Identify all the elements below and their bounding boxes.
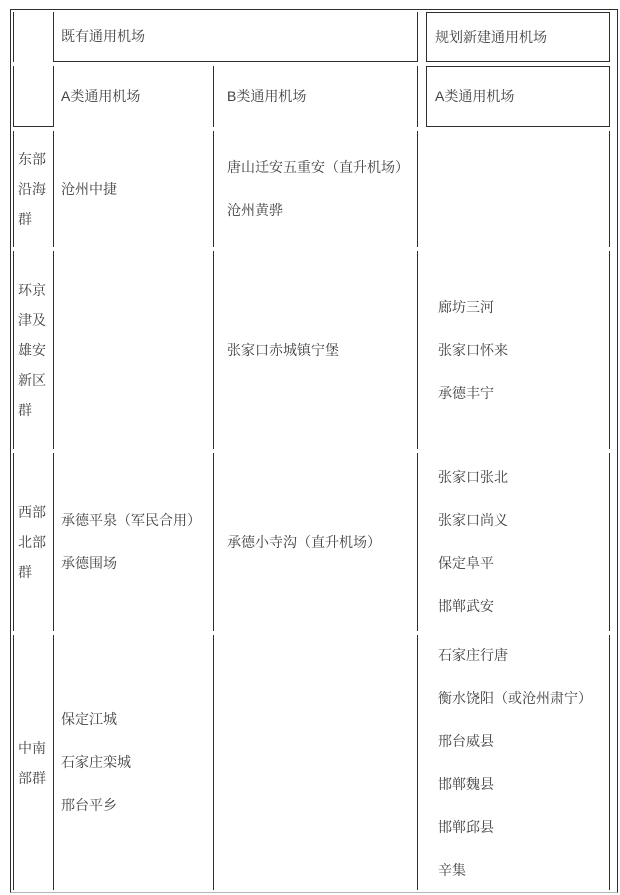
group-label-cell: 东部沿海群 xyxy=(13,131,54,247)
header-existing-class-b-label: B类通用机场 xyxy=(227,86,413,107)
airport-table: 既有通用机场 规划新建通用机场 A类通用机场 B类通用机场 A类通用机场 东部沿… xyxy=(10,9,618,893)
airport-name: 承德平泉（军民合用） xyxy=(61,510,209,531)
airport-name: 辛集 xyxy=(438,860,605,881)
corner-cell-bottom xyxy=(13,66,54,127)
existing-class-b-cell: 承德小寺沟（直升机场） xyxy=(214,453,418,631)
header-existing-class-b: B类通用机场 xyxy=(214,66,418,127)
header-planned-class-a-label: A类通用机场 xyxy=(435,86,605,107)
group-label: 中南部群 xyxy=(18,733,51,793)
airport-name: 保定江城 xyxy=(61,709,209,730)
airport-name: 邯郸武安 xyxy=(438,596,605,617)
airport-table-page: 既有通用机场 规划新建通用机场 A类通用机场 B类通用机场 A类通用机场 东部沿… xyxy=(0,0,620,895)
airport-name: 邯郸邱县 xyxy=(438,817,605,838)
header-existing-class-a: A类通用机场 xyxy=(54,66,214,127)
corner-cell-top xyxy=(13,12,54,62)
existing-class-b-cell: 张家口赤城镇宁堡 xyxy=(214,251,418,449)
airport-name: 廊坊三河 xyxy=(438,297,605,318)
airport-name: 张家口赤城镇宁堡 xyxy=(227,340,413,361)
header-planned-airports-label: 规划新建通用机场 xyxy=(435,27,605,48)
airport-name: 邢台平乡 xyxy=(61,795,209,816)
airport-name: 承德丰宁 xyxy=(438,383,605,404)
airport-name: 邢台威县 xyxy=(438,731,605,752)
airport-name: 承德小寺沟（直升机场） xyxy=(227,532,413,553)
airport-name: 承德围场 xyxy=(61,553,209,574)
airport-name: 石家庄栾城 xyxy=(61,752,209,773)
planned-class-a-cell: 张家口张北张家口尚义保定阜平邯郸武安 xyxy=(426,453,610,631)
header-existing-airports: 既有通用机场 xyxy=(54,12,418,62)
group-label: 东部沿海群 xyxy=(18,144,51,234)
existing-class-b-cell xyxy=(214,635,418,890)
airport-name: 石家庄行唐 xyxy=(438,645,605,666)
planned-class-a-cell: 石家庄行唐衡水饶阳（或沧州肃宁）邢台威县邯郸魏县邯郸邱县辛集 xyxy=(426,635,610,890)
planned-class-a-cell xyxy=(426,131,610,247)
existing-class-a-cell: 保定江城石家庄栾城邢台平乡 xyxy=(54,635,214,890)
airport-table-grid: 既有通用机场 规划新建通用机场 A类通用机场 B类通用机场 A类通用机场 东部沿… xyxy=(13,12,615,890)
existing-class-a-cell: 沧州中捷 xyxy=(54,131,214,247)
group-label-cell: 西部北部群 xyxy=(13,453,54,631)
existing-class-a-cell: 承德平泉（军民合用）承德围场 xyxy=(54,453,214,631)
airport-name: 保定阜平 xyxy=(438,553,605,574)
airport-name: 衡水饶阳（或沧州肃宁） xyxy=(438,688,605,709)
group-label-cell: 环京津及雄安新区群 xyxy=(13,251,54,449)
header-existing-airports-label: 既有通用机场 xyxy=(61,26,413,47)
airport-name: 沧州中捷 xyxy=(61,179,209,200)
existing-class-a-cell xyxy=(54,251,214,449)
group-label: 西部北部群 xyxy=(18,497,51,587)
airport-name: 邯郸魏县 xyxy=(438,774,605,795)
header-existing-class-a-label: A类通用机场 xyxy=(61,86,209,107)
airport-name: 唐山迁安五重安（直升机场） xyxy=(227,157,413,178)
header-planned-class-a: A类通用机场 xyxy=(426,66,610,127)
airport-name: 张家口张北 xyxy=(438,467,605,488)
airport-name: 沧州黄骅 xyxy=(227,200,413,221)
group-label: 环京津及雄安新区群 xyxy=(18,275,51,425)
group-label-cell: 中南部群 xyxy=(13,635,54,890)
airport-name: 张家口怀来 xyxy=(438,340,605,361)
existing-class-b-cell: 唐山迁安五重安（直升机场）沧州黄骅 xyxy=(214,131,418,247)
airport-name: 张家口尚义 xyxy=(438,510,605,531)
header-planned-airports: 规划新建通用机场 xyxy=(426,12,610,62)
planned-class-a-cell: 廊坊三河张家口怀来承德丰宁 xyxy=(426,251,610,449)
